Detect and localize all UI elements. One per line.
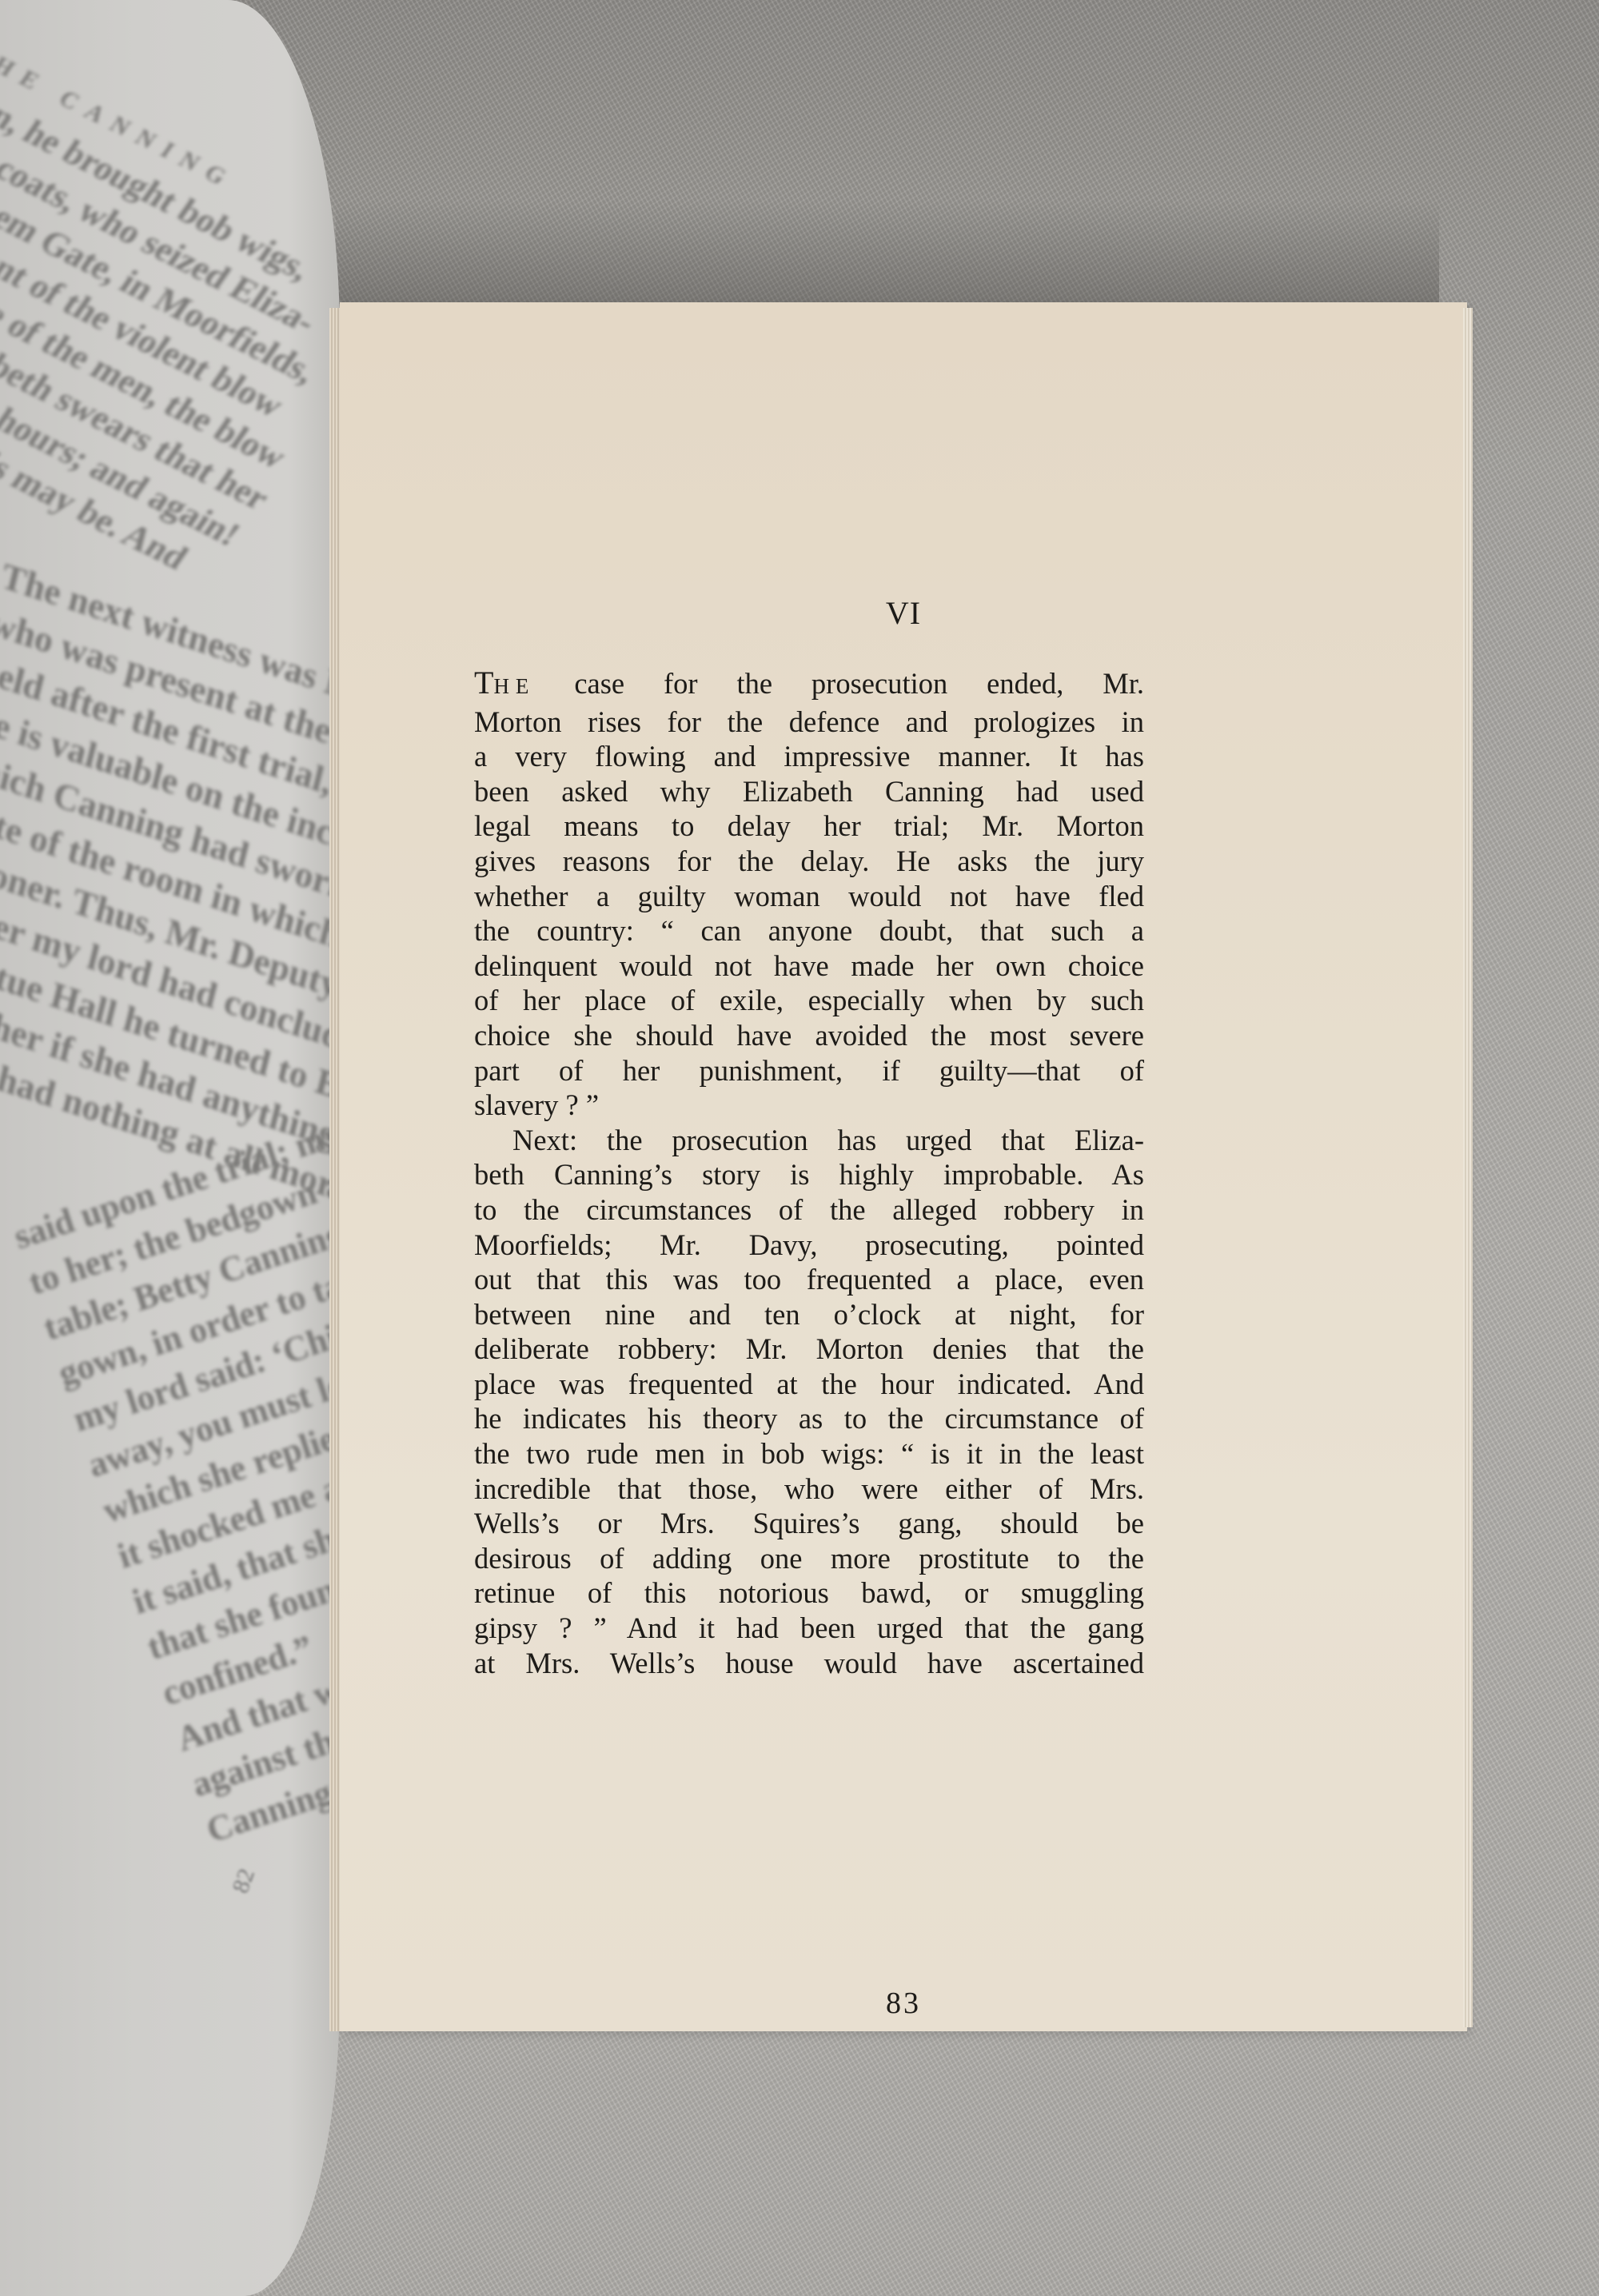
text-line: gipsy ? ” And it had been urged that the… (474, 1611, 1144, 1646)
text-line: the two rude men in bob wigs: “ is it in… (474, 1436, 1144, 1471)
text-line: Next: the prosecution has urged that Eli… (474, 1123, 1144, 1158)
text-line: he indicates his theory as to the circum… (474, 1401, 1144, 1436)
text-line: beth Canning’s story is highly improbabl… (474, 1157, 1144, 1192)
right-page-edges (1463, 308, 1473, 2027)
left-page: THE CANNING Soon, he brought bob wigs, g… (0, 0, 340, 2296)
text-line: deliberate robbery: Mr. Morton denies th… (474, 1332, 1144, 1367)
left-page-text-middle: The next witness was Mr. Deputy who was … (0, 552, 340, 1192)
text-line: Moorfields; Mr. Davy, prosecuting, point… (474, 1228, 1144, 1263)
text-line: legal means to delay her trial; Mr. Mort… (474, 809, 1144, 844)
text-line: delinquent would not have made her own c… (474, 948, 1144, 984)
text-line: part of her punishment, if guilty—that o… (474, 1053, 1144, 1088)
chapter-heading: VI (340, 594, 1467, 632)
text-line: retinue of this notorious bawd, or smugg… (474, 1575, 1144, 1611)
text-line: whether a guilty woman would not have fl… (474, 879, 1144, 914)
text-line: between nine and ten o’clock at night, f… (474, 1297, 1144, 1332)
page-number: 83 (340, 1986, 1467, 2021)
text-line: to the circumstances of the alleged robb… (474, 1192, 1144, 1228)
text-line: a very flowing and impressive manner. It… (474, 739, 1144, 774)
text-line: THE case for the prosecution ended, Mr. (474, 665, 1144, 705)
text-line: Morton rises for the defence and prologi… (474, 705, 1144, 740)
text-line: Wells’s or Mrs. Squires’s gang, should b… (474, 1506, 1144, 1541)
left-page-number: 82 (227, 1865, 261, 1897)
text-line: at Mrs. Wells’s house would have ascerta… (474, 1646, 1144, 1681)
text-line: been asked why Elizabeth Canning had use… (474, 774, 1144, 809)
body-text: THE case for the prosecution ended, Mr. … (474, 665, 1144, 1680)
left-page-text-top: THE CANNING Soon, he brought bob wigs, g… (0, 32, 340, 591)
text-line: the country: “ can anyone doubt, that su… (474, 913, 1144, 948)
text-line: of her place of exile, especially when b… (474, 983, 1144, 1018)
text-line: place was frequented at the hour indicat… (474, 1367, 1144, 1402)
right-page: VI THE case for the prosecution ended, M… (340, 302, 1467, 2031)
text-line: incredible that those, who were either o… (474, 1471, 1144, 1507)
book-shadow (336, 200, 1439, 304)
text-line: slavery ? ” (474, 1088, 1144, 1123)
text-line: gives reasons for the delay. He asks the… (474, 844, 1144, 879)
left-page-text-bottom: said upon the trial; my lord said nothin… (8, 1087, 340, 1855)
text-line: choice she should have avoided the most … (474, 1018, 1144, 1053)
text-line: out that this was too frequented a place… (474, 1262, 1144, 1297)
dropcap-letter: T (474, 665, 493, 701)
text-line: desirous of adding one more prostitute t… (474, 1541, 1144, 1576)
dropcap-rest: HE (493, 674, 535, 698)
